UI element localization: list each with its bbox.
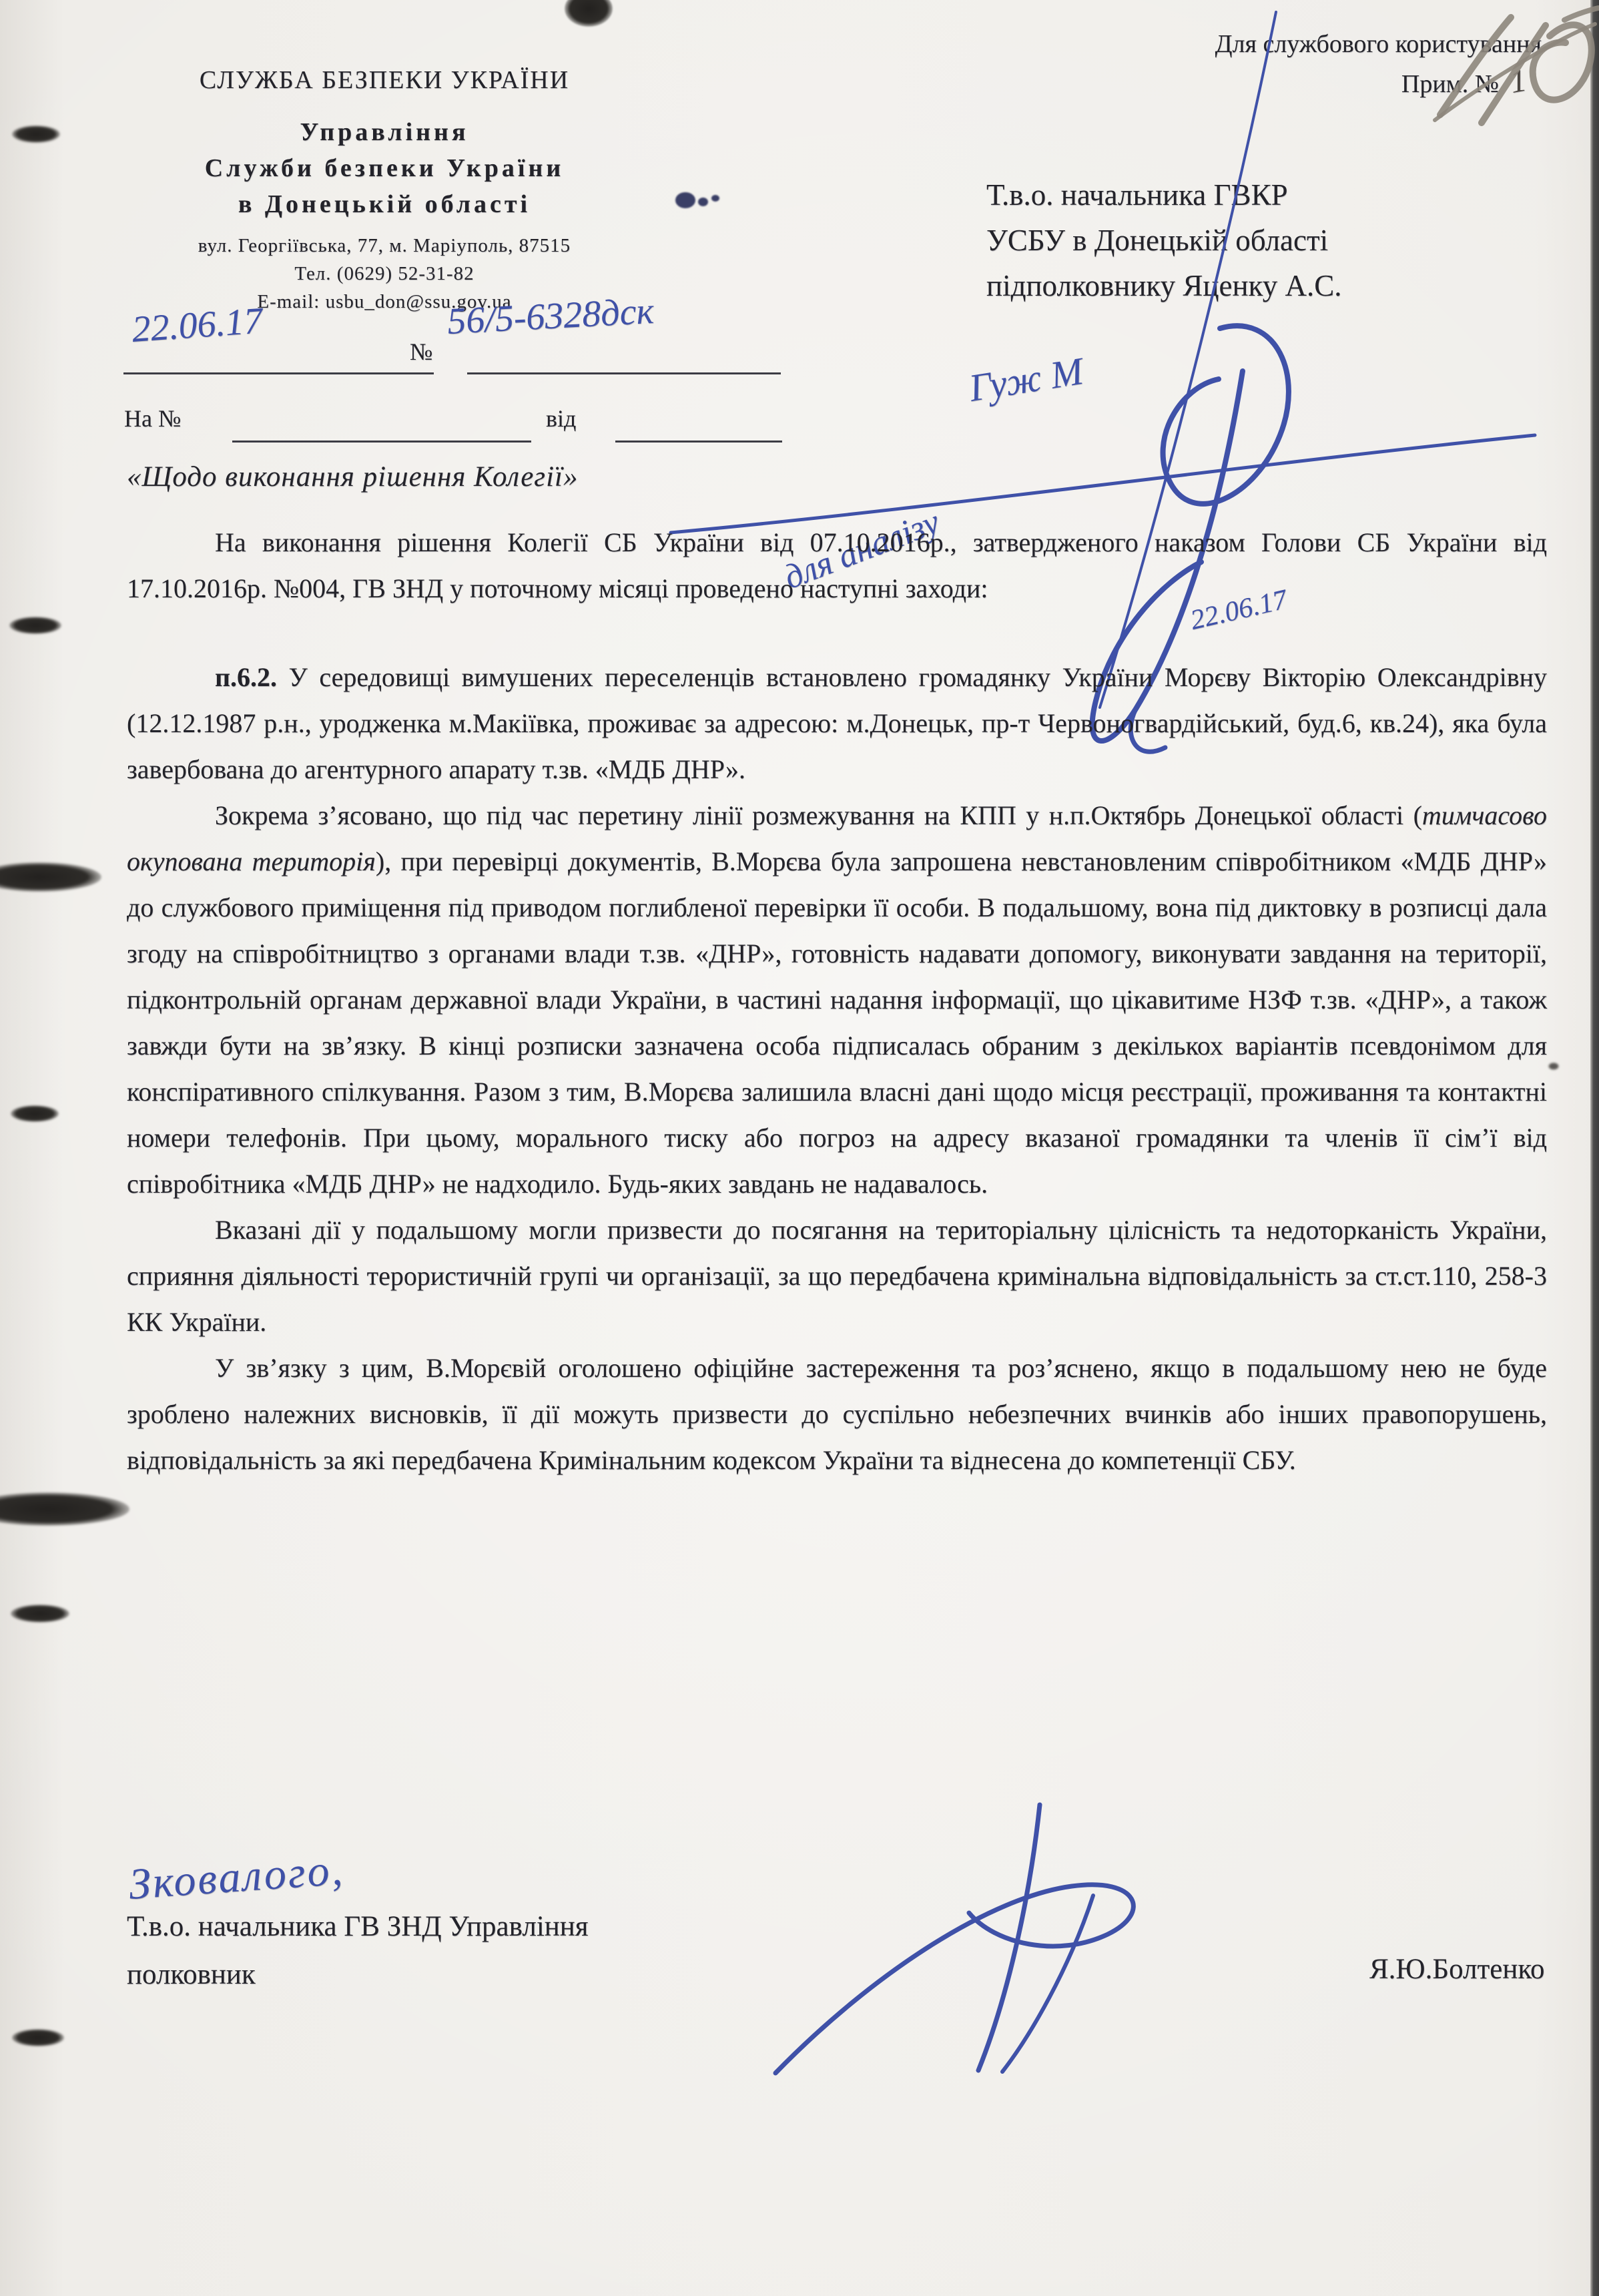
number-sign-label: № <box>410 338 432 366</box>
scan-edge-strip <box>1590 0 1599 2296</box>
paragraph-legal: Вказані дії у подальшому могли призвести… <box>127 1207 1547 1345</box>
scan-artifact-blob <box>565 0 613 27</box>
scanned-letter-page: СЛУЖБА БЕЗПЕКИ УКРАЇНИ Управління Служби… <box>0 0 1599 2296</box>
handwritten-date: 22.06.17 <box>131 299 264 351</box>
hole-punch-mark <box>0 1492 129 1526</box>
dept-line-2: Служби безпеки України <box>97 154 672 183</box>
hole-punch-mark <box>9 617 61 634</box>
hole-punch-mark <box>11 1605 69 1623</box>
recipient-line-3: підполковнику Яценку А.С. <box>986 263 1342 308</box>
dept-line-1: Управління <box>97 117 672 147</box>
recipient-line-2: УСБУ в Донецькій області <box>986 218 1342 263</box>
org-phone: Тел. (0629) 52-31-82 <box>97 263 672 285</box>
hole-punch-mark <box>12 125 60 143</box>
dept-line-3: в Донецькій області <box>97 190 672 219</box>
hole-punch-mark <box>0 862 101 892</box>
hole-punch-mark <box>11 1105 59 1122</box>
paragraph-details: Зокрема з’ясовано, що під час перетину л… <box>127 792 1547 1207</box>
paragraph-p62-lead: п.6.2. <box>215 662 277 692</box>
ink-smudge <box>698 198 708 206</box>
approval-handwriting: Зковалого, <box>127 1845 346 1910</box>
reply-date-underline <box>615 441 782 443</box>
subject-line: «Щодо виконання рішення Колегії» <box>127 461 578 493</box>
signer-title-line2: полковник <box>127 1958 256 1991</box>
number-underline <box>467 372 781 374</box>
paragraph-p62: п.6.2. У середовищі вимушених переселенц… <box>127 654 1547 792</box>
reply-number-underline <box>232 441 531 443</box>
paragraph-details-b: ), при перевірці документів, В.Морєва бу… <box>127 846 1547 1199</box>
paragraph-warning: У зв’язку з цим, В.Морєвій оголошено офі… <box>127 1345 1547 1483</box>
org-address: вул. Георгіївська, 77, м. Маріуполь, 875… <box>97 235 672 257</box>
paragraph-intro-text: На виконання рішення Колегії СБ України … <box>127 527 1547 603</box>
date-underline <box>123 372 434 374</box>
signer-title-line1: Т.в.о. начальника ГВ ЗНД Управління <box>127 1910 589 1943</box>
org-name: СЛУЖБА БЕЗПЕКИ УКРАЇНИ <box>97 65 672 95</box>
scan-speck <box>1548 1063 1559 1070</box>
recipient-line-1: Т.в.о. начальника ГВКР <box>986 172 1342 218</box>
paragraph-p62-text: У середовищі вимушених переселенців вста… <box>127 662 1547 784</box>
paragraph-legal-text: Вказані дії у подальшому могли призвести… <box>127 1215 1547 1337</box>
paragraph-intro: На виконання рішення Колегії СБ України … <box>127 519 1547 611</box>
reply-na-label: На № <box>124 404 181 433</box>
ink-smudge <box>711 195 719 202</box>
signer-name: Я.Ю.Болтенко <box>1369 1953 1545 1986</box>
recipient-block: Т.в.о. начальника ГВКР УСБУ в Донецькій … <box>986 172 1342 308</box>
paragraph-warning-text: У зв’язку з цим, В.Морєвій оголошено офі… <box>127 1353 1547 1475</box>
letter-body: На виконання рішення Колегії СБ України … <box>127 519 1547 1483</box>
reply-vid-label: від <box>546 404 576 433</box>
paragraph-details-a: Зокрема з’ясовано, що під час перетину л… <box>215 800 1422 830</box>
ink-smudge <box>675 192 695 208</box>
resolution-addressee-handwriting: Гуж М <box>966 348 1086 410</box>
hole-punch-mark <box>12 2029 64 2046</box>
